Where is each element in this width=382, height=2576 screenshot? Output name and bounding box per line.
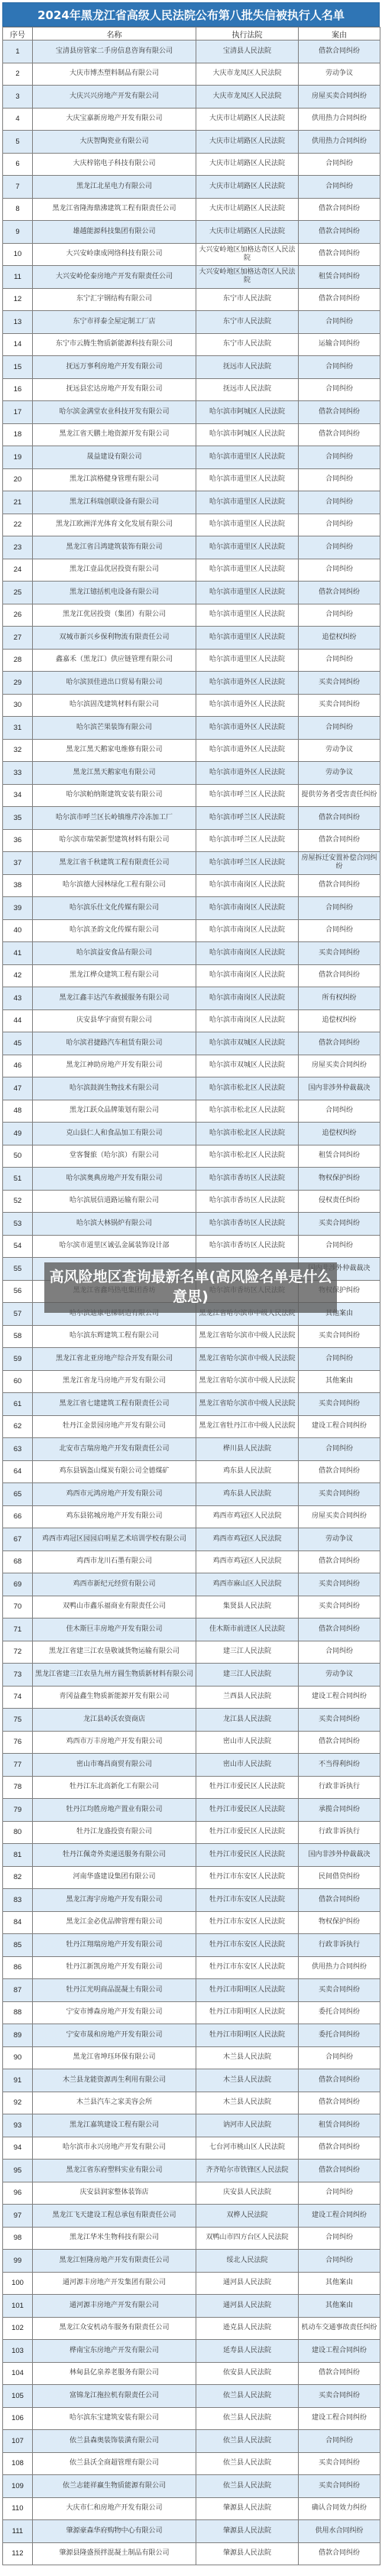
company-name: 大庆市仁和房地产开发有限公司 <box>33 2497 196 2520</box>
case-cause: 民间借贷纠纷 <box>299 1866 380 1889</box>
row-index: 99 <box>3 2250 33 2273</box>
case-cause: 建设工程合同纠纷 <box>299 1415 380 1438</box>
company-name: 密山市骞昌商贸有限公司 <box>33 1754 196 1777</box>
company-name: 鸡西市万丰房地产开发有限公司 <box>33 1731 196 1754</box>
table-row: 20黑龙江滨格健身管理有限公司哈尔滨市道里区人民法院合同纠纷 <box>3 468 380 491</box>
court-name: 大庆市让胡路区人民法院 <box>196 198 299 221</box>
case-cause: 借款合同纠纷 <box>299 582 380 604</box>
company-name: 牡丹江金景园房地产开发有限公司 <box>33 1415 196 1438</box>
case-cause: 买卖合同纠纷 <box>299 1709 380 1732</box>
court-name: 黑龙江省哈尔滨市中级人民法院 <box>196 1325 299 1348</box>
company-name: 黑龙江飞天建设工程总承包有限责任公司 <box>33 2205 196 2228</box>
case-cause: 委托合同纠纷 <box>299 2024 380 2047</box>
case-cause: 房屋买卖合同纠纷 <box>299 86 380 109</box>
court-name: 哈尔滨市呼兰区人民法院 <box>196 829 299 852</box>
row-index: 79 <box>3 1799 33 1822</box>
court-name: 依兰县人民法院 <box>196 2452 299 2475</box>
case-cause: 其他案由 <box>299 2295 380 2318</box>
case-cause: 追偿权纠纷 <box>299 1009 380 1032</box>
court-name: 哈尔滨市香坊区人民法院 <box>196 1168 299 1191</box>
court-name: 哈尔滨市道里区人民法院 <box>196 582 299 604</box>
table-row: 48黑龙江跃众品牌策划有限公司哈尔滨市松北区人民法院合同纠纷 <box>3 1100 380 1123</box>
court-name: 双鸭山市四方台区人民法院 <box>196 2227 299 2250</box>
row-index: 88 <box>3 2001 33 2024</box>
table-row: 94哈尔滨市永兴房地产开发有限公司七台河市桃山区人民法院借款合同纠纷 <box>3 2137 380 2160</box>
company-name: 哈尔滨展信道路运输有限公司 <box>33 1190 196 1213</box>
court-name: 牡丹江市爱民区人民法院 <box>196 1776 299 1799</box>
company-name: 抚远万事利房地产开发有限公司 <box>33 356 196 379</box>
case-cause: 借款合同纠纷 <box>299 2160 380 2182</box>
row-index: 6 <box>3 153 33 176</box>
company-name: 鸡西市新纪元经贸有限公司 <box>33 1573 196 1596</box>
case-cause: 供用热力合同纠纷 <box>299 1956 380 1979</box>
case-cause: 借款合同纠纷 <box>299 198 380 221</box>
table-row: 103桦南宝东房地产开发有限公司延寿县人民法院建设工程合同纠纷 <box>3 2340 380 2363</box>
company-name: 黑龙江桦众建筑工程有限公司 <box>33 964 196 987</box>
court-name: 齐齐哈尔市铁锋区人民法院 <box>196 2160 299 2182</box>
company-name: 木兰县龙能资源再生利用有限公司 <box>33 2069 196 2092</box>
court-name: 鸡西市鸡冠区人民法院 <box>196 1528 299 1551</box>
table-row: 25黑龙江镱括机电设备有限公司哈尔滨市道里区人民法院借款合同纠纷 <box>3 582 380 604</box>
table-row: 49克山县仁人和食品加工有限公司哈尔滨市松北区人民法院追偿权纠纷 <box>3 1123 380 1145</box>
row-index: 15 <box>3 356 33 379</box>
company-name: 东宁汇宇钢结构有限公司 <box>33 288 196 311</box>
case-cause: 借款合同纠纷 <box>299 829 380 852</box>
case-cause: 合同纠纷 <box>299 649 380 672</box>
court-name: 哈尔滨市道里区人民法院 <box>196 536 299 559</box>
row-index: 66 <box>3 1505 33 1528</box>
row-index: 43 <box>3 987 33 1010</box>
court-name: 鸡东县人民法院 <box>196 1460 299 1483</box>
company-name: 抚远县宏达房地产开发有限公司 <box>33 378 196 401</box>
sheet-title: 2024年黑龙江省高级人民法院公布第八批失信被执行人名单 <box>2 2 380 27</box>
row-index: 1 <box>3 41 33 63</box>
table-row: 96庆安县润家整体装饰店庆安县人民法院合同纠纷 <box>3 2182 380 2205</box>
case-cause: 买卖合同纠纷 <box>299 694 380 717</box>
company-name: 黑龙江欧洲洋光体育文化发展有限公司 <box>33 514 196 536</box>
table-row: 87牡丹江光明商品混凝土有限公司牡丹江市阳明区人民法院买卖合同纠纷 <box>3 1979 380 2002</box>
court-name: 哈尔滨市呼兰区人民法院 <box>196 852 299 875</box>
court-name: 牡丹江市东安区人民法院 <box>196 1934 299 1957</box>
table-row: 100通河源丰房地产开发集团有限公司通河县人民法院其他案由 <box>3 2272 380 2295</box>
table-row: 63北安市吉瑞房地产开发有限责任公司桦川县人民法院合同纠纷 <box>3 1438 380 1461</box>
row-index: 65 <box>3 1483 33 1506</box>
table-row: 83黑龙江海宇房地产开发有限公司牡丹江市东安区人民法院借款合同纠纷 <box>3 1889 380 1912</box>
case-cause: 行政非诉执行 <box>299 1934 380 1957</box>
company-name: 哈尔滨顶佳进出口贸易有限公司 <box>33 672 196 695</box>
company-name: 牡丹江新凯房地产开发有限公司 <box>33 1956 196 1979</box>
row-index: 57 <box>3 1303 33 1326</box>
court-name: 哈尔滨市道外区人民法院 <box>196 762 299 785</box>
case-cause: 追偿权纠纷 <box>299 627 380 650</box>
court-name: 肇源县人民法院 <box>196 2497 299 2520</box>
company-name: 青冈益鑫生物质新能源开发有限公司 <box>33 1686 196 1709</box>
table-row: 15抚远万事利房地产开发有限公司抚远市人民法院合同纠纷 <box>3 356 380 379</box>
case-cause: 合同纠纷 <box>299 559 380 582</box>
row-index: 83 <box>3 1889 33 1912</box>
row-index: 64 <box>3 1460 33 1483</box>
table-row: 4大庆宝嘉新房地产开发有限公司大庆市让胡路区人民法院供用热力合同纠纷 <box>3 108 380 131</box>
court-name: 牡丹江市阳明区人民法院 <box>196 1979 299 2002</box>
case-cause: 买卖合同纠纷 <box>299 1393 380 1416</box>
table-row: 81牡丹江佩奇外卖递送服务有限公司牡丹江市爱民区人民法院国内非涉外仲裁裁决 <box>3 1844 380 1867</box>
court-name: 大庆市让胡路区人民法院 <box>196 153 299 176</box>
case-cause: 合同纠纷 <box>299 1100 380 1123</box>
company-name: 哈尔滨东辉建筑工程有限公司 <box>33 1325 196 1348</box>
table-row: 14东宁市云腾生物质新能源科技有限公司东宁市人民法院运输合同纠纷 <box>3 333 380 356</box>
company-name: 富锦龙江拖拉机有限责任公司 <box>33 2385 196 2408</box>
court-name: 绥北人民法院 <box>196 2250 299 2273</box>
company-name: 克山县仁人和食品加工有限公司 <box>33 1123 196 1145</box>
row-index: 19 <box>3 446 33 469</box>
row-index: 112 <box>3 2542 33 2565</box>
court-name: 密山市人民法院 <box>196 1754 299 1777</box>
court-name: 木兰县人民法院 <box>196 2092 299 2114</box>
case-cause: 借款合同纠纷 <box>299 874 380 897</box>
row-index: 106 <box>3 2407 33 2430</box>
table-row: 80牡丹江龙盛投资有限公司牡丹江市爱民区人民法院行政非诉执行 <box>3 1821 380 1844</box>
table-row: 8黑龙江省隆海鼎沸建筑工程有限责任公司大庆市让胡路区人民法院借款合同纠纷 <box>3 198 380 221</box>
company-name: 河南华盛建设集团有限公司 <box>33 1866 196 1889</box>
court-name: 牡丹江市阳明区人民法院 <box>196 2024 299 2047</box>
court-name: 哈尔滨市南岗区人民法院 <box>196 919 299 942</box>
case-cause: 承揽合同纠纷 <box>299 1799 380 1822</box>
case-cause: 买卖合同纠纷 <box>299 1979 380 2002</box>
company-name: 哈尔滨帕纳斯建筑安装有限公司 <box>33 784 196 807</box>
case-cause: 合同纠纷 <box>299 446 380 469</box>
table-row: 102黑龙江众安机动车服务有限责任公司逊克县人民法院机动车交通事故责任纠纷 <box>3 2317 380 2340</box>
row-index: 53 <box>3 1213 33 1236</box>
company-name: 黑龙江省坤珏环保有限公司 <box>33 2046 196 2069</box>
case-cause: 合同纠纷 <box>299 2250 380 2273</box>
case-cause: 借款合同纠纷 <box>299 807 380 830</box>
table-row: 32黑龙江黑天鹅家电维修有限公司哈尔滨市道外区人民法院劳动争议 <box>3 739 380 762</box>
company-name: 黑龙江省龙马房地产开发有限公司 <box>33 1370 196 1393</box>
case-cause: 合同纠纷 <box>299 468 380 491</box>
case-cause: 劳动争议 <box>299 739 380 762</box>
table-row: 10大兴安岭康成网络科技有限公司大兴安岭地区加格达奇区人民法院借款合同纠纷 <box>3 243 380 266</box>
header-court: 执行法院 <box>196 28 299 41</box>
case-cause: 买卖合同纠纷 <box>299 672 380 695</box>
row-index: 78 <box>3 1776 33 1799</box>
row-index: 82 <box>3 1866 33 1889</box>
row-index: 39 <box>3 897 33 920</box>
case-cause: 供用热力合同纠纷 <box>299 108 380 131</box>
case-cause: 合同纠纷 <box>299 356 380 379</box>
table-row: 12东宁汇宇钢结构有限公司东宁市人民法院借款合同纠纷 <box>3 288 380 311</box>
court-name: 哈尔滨市阿城区人民法院 <box>196 401 299 424</box>
case-cause: 供用热力合同纠纷 <box>299 131 380 154</box>
row-index: 98 <box>3 2227 33 2250</box>
court-name: 牡丹江市东安区人民法院 <box>196 1956 299 1979</box>
table-row: 34哈尔滨帕纳斯建筑安装有限公司哈尔滨市呼兰区人民法院提供劳务者受害责任纠纷 <box>3 784 380 807</box>
company-name: 通河源丰房地产开发有限公司 <box>33 2295 196 2318</box>
case-cause: 建设工程合同纠纷 <box>299 2205 380 2228</box>
court-name: 哈尔滨市道外区人民法院 <box>196 739 299 762</box>
row-index: 61 <box>3 1393 33 1416</box>
table-row: 16抚远县宏达房地产开发有限公司抚远市人民法院合同纠纷 <box>3 378 380 401</box>
table-row: 111肇源豪森华府购物中心有限公司肇源县人民法院供用水合同纠纷 <box>3 2520 380 2543</box>
court-name: 黑龙江省哈尔滨市中级人民法院 <box>196 1370 299 1393</box>
court-name: 哈尔滨市道里区人民法院 <box>196 649 299 672</box>
table-row: 105富锦龙江拖拉机有限责任公司依兰县人民法院买卖合同纠纷 <box>3 2385 380 2408</box>
table-row: 97黑龙江飞天建设工程总承包有限责任公司双桦人民法院建设工程合同纠纷 <box>3 2205 380 2228</box>
row-index: 40 <box>3 919 33 942</box>
court-name: 逊克县人民法院 <box>196 2317 299 2340</box>
case-cause: 合同纠纷 <box>299 176 380 199</box>
court-name: 木兰县人民法院 <box>196 2069 299 2092</box>
court-name: 牡丹江市爱民区人民法院 <box>196 1799 299 1822</box>
caption-overlay: 高风险地区查询最新名单(高风险名单是什么意思) <box>44 1262 337 1313</box>
case-cause: 建设工程合同纠纷 <box>299 1686 380 1709</box>
table-row: 31哈尔滨芒果装饰有限公司哈尔滨市道外区人民法院合同纠纷 <box>3 717 380 740</box>
case-cause: 房屋买卖合同纠纷 <box>299 1055 380 1077</box>
table-row: 33黑龙江黑天鹅家电有限公司哈尔滨市道外区人民法院劳动争议 <box>3 762 380 785</box>
case-cause: 劳动争议 <box>299 63 380 86</box>
row-index: 31 <box>3 717 33 740</box>
company-name: 庆安县华宇商贸有限公司 <box>33 1009 196 1032</box>
court-name: 鸡西市鸡冠区人民法院 <box>196 1505 299 1528</box>
row-index: 104 <box>3 2362 33 2385</box>
case-cause: 合同纠纷 <box>299 514 380 536</box>
row-index: 89 <box>3 2024 33 2047</box>
table-row: 82河南华盛建设集团有限公司牡丹江市东安区人民法院民间借贷纠纷 <box>3 1866 380 1889</box>
row-index: 58 <box>3 1325 33 1348</box>
table-row: 60黑龙江省龙马房地产开发有限公司黑龙江省哈尔滨市中级人民法院其他案由 <box>3 1370 380 1393</box>
case-cause: 运输合同纠纷 <box>299 333 380 356</box>
company-name: 黑龙江恒隆房地产开发有限责任公司 <box>33 2250 196 2273</box>
court-name: 延寿县人民法院 <box>196 2340 299 2363</box>
row-index: 14 <box>3 333 33 356</box>
court-name: 东宁市人民法院 <box>196 333 299 356</box>
table-row: 59黑龙江省北亚房地产综合开发有限公司黑龙江省哈尔滨市中级人民法院合同纠纷 <box>3 1348 380 1371</box>
row-index: 72 <box>3 1641 33 1664</box>
company-name: 双鸭山市鑫乐福商业有限责任公司 <box>33 1596 196 1619</box>
company-name: 堂客餐旅（哈尔滨）有限公司 <box>33 1145 196 1168</box>
table-row: 35哈尔滨市呼兰区长岭镇维芹冷冻加工厂哈尔滨市呼兰区人民法院借款合同纠纷 <box>3 807 380 830</box>
company-name: 黑龙江省吕鸿建筑装饰有限公司 <box>33 536 196 559</box>
court-name: 哈尔滨市南岗区人民法院 <box>196 987 299 1010</box>
case-cause: 不当得利纠纷 <box>299 1754 380 1777</box>
court-name: 大兴安岭地区加格达奇区人民法院 <box>196 243 299 266</box>
table-row: 64鸡东县锅盔山煤炭有限公司全德煤矿鸡东县人民法院借款合同纠纷 <box>3 1460 380 1483</box>
table-row: 18黑龙江省天鹏土地资源开发有限公司哈尔滨市阿城区人民法院借款合同纠纷 <box>3 423 380 446</box>
table-row: 104林甸县亿泉养老服务有限公司依安县人民法院借款合同纠纷 <box>3 2362 380 2385</box>
row-index: 100 <box>3 2272 33 2295</box>
case-cause: 租赁合同纠纷 <box>299 2114 380 2137</box>
company-name: 宁安市晟和房地产开发有限公司 <box>33 2024 196 2047</box>
court-name: 佳木斯市前进区人民法院 <box>196 1619 299 1641</box>
table-row: 101通河源丰房地产开发有限公司通河县人民法院其他案由 <box>3 2295 380 2318</box>
company-name: 哈尔滨奥典房地产开发有限公司 <box>33 1168 196 1191</box>
row-index: 56 <box>3 1280 33 1303</box>
row-index: 46 <box>3 1055 33 1077</box>
company-name: 黑龙江金必优品牌管理有限公司 <box>33 1911 196 1934</box>
row-index: 26 <box>3 604 33 627</box>
case-cause: 房屋拆迁安置补偿合同纠纷 <box>299 852 380 875</box>
company-name: 桦南宝东房地产开发有限公司 <box>33 2340 196 2363</box>
court-name: 哈尔滨市道里区人民法院 <box>196 559 299 582</box>
case-cause: 合同纠纷 <box>299 717 380 740</box>
court-name: 哈尔滨市道里区人民法院 <box>196 604 299 627</box>
company-name: 哈尔滨固茂建筑材料有限公司 <box>33 694 196 717</box>
company-name: 哈尔滨市瑞荣新型建筑材料有限公司 <box>33 829 196 852</box>
court-name: 牡丹江市东安区人民法院 <box>196 1911 299 1934</box>
company-name: 北安市吉瑞房地产开发有限责任公司 <box>33 1438 196 1461</box>
row-index: 92 <box>3 2092 33 2114</box>
table-row: 28鑫嘉禾（黑龙江）供应链管理有限公司哈尔滨市道里区人民法院合同纠纷 <box>3 649 380 672</box>
row-index: 52 <box>3 1190 33 1213</box>
case-cause: 合同纠纷 <box>299 1235 380 1258</box>
row-index: 25 <box>3 582 33 604</box>
table-row: 70双鸭山市鑫乐福商业有限责任公司集贤县人民法院买卖合同纠纷 <box>3 1596 380 1619</box>
court-name: 东宁市人民法院 <box>196 288 299 311</box>
court-name: 哈尔滨市道里区人民法院 <box>196 514 299 536</box>
company-name: 黑龙江黑天鹅家电维修有限公司 <box>33 739 196 762</box>
table-row: 17哈尔滨金满堂农业科技开发有限公司哈尔滨市阿城区人民法院借款合同纠纷 <box>3 401 380 424</box>
row-index: 20 <box>3 468 33 491</box>
court-name: 抚远市人民法院 <box>196 356 299 379</box>
row-index: 37 <box>3 852 33 875</box>
row-index: 38 <box>3 874 33 897</box>
row-index: 93 <box>3 2114 33 2137</box>
company-name: 大庆宝嘉新房地产开发有限公司 <box>33 108 196 131</box>
row-index: 95 <box>3 2160 33 2182</box>
table-row: 45哈尔滨君捷路汽车租赁有限公司哈尔滨市双城区人民法院借款合同纠纷 <box>3 1032 380 1055</box>
company-name: 木兰县汽车之家美容会所 <box>33 2092 196 2114</box>
row-index: 21 <box>3 491 33 514</box>
row-index: 96 <box>3 2182 33 2205</box>
table-row: 62牡丹江金景园房地产开发有限公司黑龙江省牡丹江市中级人民法院建设工程合同纠纷 <box>3 1415 380 1438</box>
company-name: 鸡东县铭城房地产开发有限公司 <box>33 1505 196 1528</box>
table-row: 36哈尔滨市瑞荣新型建筑材料有限公司哈尔滨市呼兰区人民法院借款合同纠纷 <box>3 829 380 852</box>
court-name: 集贤县人民法院 <box>196 1596 299 1619</box>
case-cause: 租赁合同纠纷 <box>299 1145 380 1168</box>
case-cause: 合同纠纷 <box>299 1641 380 1664</box>
company-name: 佳木斯巨丰房地产开发有限公司 <box>33 1619 196 1641</box>
court-name: 依安县人民法院 <box>196 2362 299 2385</box>
row-index: 7 <box>3 176 33 199</box>
row-index: 51 <box>3 1168 33 1191</box>
case-cause: 劳动争议 <box>299 762 380 785</box>
case-cause: 合同纠纷 <box>299 919 380 942</box>
table-row: 99黑龙江恒隆房地产开发有限责任公司绥北人民法院合同纠纷 <box>3 2250 380 2273</box>
row-index: 60 <box>3 1370 33 1393</box>
row-index: 42 <box>3 964 33 987</box>
company-name: 肇源豪森华府购物中心有限公司 <box>33 2520 196 2543</box>
table-row: 112肇源县隆盛预拌混凝土制品有限公司肇源县人民法院借款合同纠纷 <box>3 2542 380 2565</box>
table-row: 30哈尔滨固茂建筑材料有限公司哈尔滨市道外区人民法院买卖合同纠纷 <box>3 694 380 717</box>
court-name: 依兰县人民法院 <box>196 2475 299 2498</box>
table-row: 106哈尔滨东宝建筑安装有限公司依兰县人民法院建设工程合同纠纷 <box>3 2407 380 2430</box>
row-index: 90 <box>3 2046 33 2069</box>
company-name: 哈尔滨市呼兰区长岭镇维芹冷冻加工厂 <box>33 807 196 830</box>
court-name: 宝清县人民法院 <box>196 41 299 63</box>
company-name: 哈尔滨圣韵文化传媒有限公司 <box>33 919 196 942</box>
case-cause: 买卖合同纠纷 <box>299 2452 380 2475</box>
row-index: 107 <box>3 2430 33 2453</box>
court-name: 哈尔滨市阿城区人民法院 <box>196 423 299 446</box>
court-name: 哈尔滨市南岗区人民法院 <box>196 1009 299 1032</box>
case-cause: 买卖合同纠纷 <box>299 1483 380 1506</box>
court-name: 牡丹江市阳明区人民法院 <box>196 2001 299 2024</box>
court-name: 双桦人民法院 <box>196 2205 299 2228</box>
case-cause: 委托合同纠纷 <box>299 2001 380 2024</box>
case-cause: 借款合同纠纷 <box>299 2069 380 2092</box>
row-index: 27 <box>3 627 33 650</box>
table-row: 1宝清县房管家二手房信息咨询有限公司宝清县人民法院借款合同纠纷 <box>3 41 380 63</box>
row-index: 110 <box>3 2497 33 2520</box>
row-index: 29 <box>3 672 33 695</box>
company-name: 黑龙江嘉筑建设工程有限公司 <box>33 2114 196 2137</box>
table-row: 22黑龙江欧洲洋光体育文化发展有限公司哈尔滨市道里区人民法院合同纠纷 <box>3 514 380 536</box>
court-name: 鸡西市麻山区人民法院 <box>196 1573 299 1596</box>
court-name: 依兰县人民法院 <box>196 2385 299 2408</box>
row-index: 91 <box>3 2069 33 2092</box>
table-row: 75龙江县岭沃农资商店龙江县人民法院买卖合同纠纷 <box>3 1709 380 1732</box>
row-index: 59 <box>3 1348 33 1371</box>
court-name: 哈尔滨市道外区人民法院 <box>196 717 299 740</box>
company-name: 东宁市云腾生物质新能源科技有限公司 <box>33 333 196 356</box>
court-name: 哈尔滨市南岗区人民法院 <box>196 874 299 897</box>
table-row: 77密山市骞昌商贸有限公司密山市人民法院不当得利纠纷 <box>3 1754 380 1777</box>
court-name: 哈尔滨市呼兰区人民法院 <box>196 784 299 807</box>
court-name: 大庆市龙凤区人民法院 <box>196 63 299 86</box>
table-row: 29哈尔滨顶佳进出口贸易有限公司哈尔滨市道外区人民法院买卖合同纠纷 <box>3 672 380 695</box>
court-name: 东宁市人民法院 <box>196 311 299 334</box>
company-name: 大兴安岭康成网络科技有限公司 <box>33 243 196 266</box>
table-row: 110大庆市仁和房地产开发有限公司肇源县人民法院确认合同效力纠纷 <box>3 2497 380 2520</box>
case-cause: 国内非涉外仲裁裁决 <box>299 1077 380 1100</box>
case-cause: 借款合同纠纷 <box>299 1731 380 1754</box>
court-name: 哈尔滨市道里区人民法院 <box>196 627 299 650</box>
table-row: 40哈尔滨圣韵文化传媒有限公司哈尔滨市南岗区人民法院合同纠纷 <box>3 919 380 942</box>
case-cause: 所有权纠纷 <box>299 987 380 1010</box>
row-index: 55 <box>3 1258 33 1281</box>
court-name: 黑龙江省牡丹江市中级人民法院 <box>196 1415 299 1438</box>
court-name: 牡丹江市东安区人民法院 <box>196 1889 299 1912</box>
row-index: 13 <box>3 311 33 334</box>
row-index: 76 <box>3 1731 33 1754</box>
row-index: 75 <box>3 1709 33 1732</box>
company-name: 雄越能源科技集团有限公司 <box>33 221 196 244</box>
company-name: 鑫嘉禾（黑龙江）供应链管理有限公司 <box>33 649 196 672</box>
row-index: 50 <box>3 1145 33 1168</box>
table-row: 54哈尔滨市道里区诚弘金属装饰设计部哈尔滨市香坊区人民法院合同纠纷 <box>3 1235 380 1258</box>
row-index: 85 <box>3 1934 33 1957</box>
company-name: 黑龙江省东府塑料实业有限公司 <box>33 2160 196 2182</box>
court-name: 通河县人民法院 <box>196 2295 299 2318</box>
company-name: 黑龙江黑天鹅家电有限公司 <box>33 762 196 785</box>
row-index: 28 <box>3 649 33 672</box>
court-name: 哈尔滨市道外区人民法院 <box>196 672 299 695</box>
case-cause: 买卖合同纠纷 <box>299 1213 380 1236</box>
court-name: 哈尔滨市道里区人民法院 <box>196 491 299 514</box>
table-row: 91木兰县龙能资源再生利用有限公司木兰县人民法院借款合同纠纷 <box>3 2069 380 2092</box>
table-row: 41哈尔滨益安食品有限公司哈尔滨市南岗区人民法院买卖合同纠纷 <box>3 942 380 965</box>
case-cause: 借款合同纠纷 <box>299 288 380 311</box>
court-name: 哈尔滨市南岗区人民法院 <box>196 964 299 987</box>
table-row: 2大庆市博杰塑料制品有限公司大庆市龙凤区人民法院劳动争议 <box>3 63 380 86</box>
case-cause: 合同纠纷 <box>299 2227 380 2250</box>
table-row: 42黑龙江桦众建筑工程有限公司哈尔滨市南岗区人民法院借款合同纠纷 <box>3 964 380 987</box>
row-index: 18 <box>3 423 33 446</box>
case-cause: 合同纠纷 <box>299 1348 380 1371</box>
company-name: 依兰县森奥装饰装潢有限公司 <box>33 2430 196 2453</box>
company-name: 鸡东县锅盔山煤炭有限公司全德煤矿 <box>33 1460 196 1483</box>
case-cause: 借款合同纠纷 <box>299 243 380 266</box>
company-name: 依兰县沃全商超管理有限公司 <box>33 2452 196 2475</box>
